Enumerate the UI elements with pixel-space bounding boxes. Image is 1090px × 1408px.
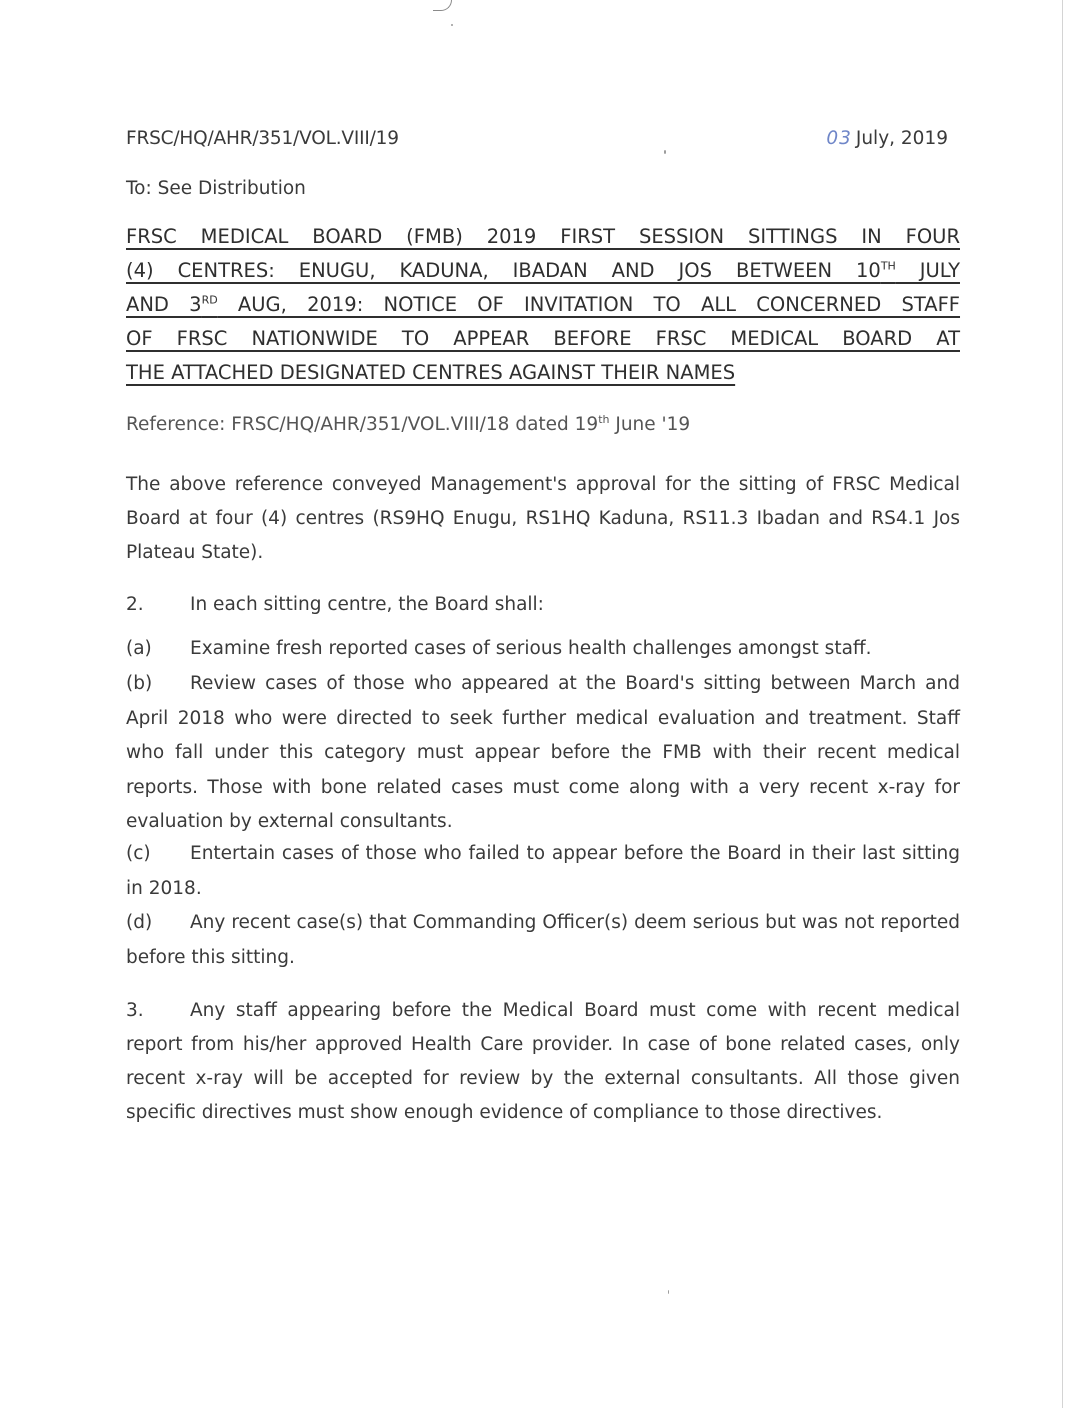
subject-line: THE ATTACHED DESIGNATED CENTRES AGAINST … [126, 356, 735, 390]
printed-date: July, 2019 [856, 128, 948, 149]
list-item: (b)Review cases of those who appeared at… [126, 667, 960, 840]
subject-line: (4) CENTRES: ENUGU, KADUNA, IBADAN AND J… [126, 254, 960, 288]
list-item: (c)Entertain cases of those who failed t… [126, 837, 960, 906]
paragraph-3: 3.Any staff appearing before the Medical… [126, 994, 960, 1130]
subject-line: AND 3RD AUG, 2019: NOTICE OF INVITATION … [126, 288, 960, 322]
paragraph-2: 2.In each sitting centre, the Board shal… [126, 588, 960, 622]
list-item: (a)Examine fresh reported cases of serio… [126, 632, 960, 667]
letter-date: 03July, 2019 [826, 128, 948, 149]
item-text: Any recent case(s) that Commanding Offic… [126, 912, 960, 968]
paragraph-number: 2. [126, 588, 190, 622]
item-text: Entertain cases of those who failed to a… [126, 843, 960, 899]
scan-speck [668, 1290, 669, 1294]
letter-reference-number: FRSC/HQ/AHR/351/VOL.VIII/19 [126, 128, 399, 149]
subject-heading: FRSC MEDICAL BOARD (FMB) 2019 FIRST SESS… [126, 220, 960, 390]
item-label: (b) [126, 667, 190, 702]
paragraph-number: 3. [126, 994, 190, 1028]
subject-line: OF FRSC NATIONWIDE TO APPEAR BEFORE FRSC… [126, 322, 960, 356]
pen-mark [433, 0, 452, 11]
subject-line: FRSC MEDICAL BOARD (FMB) 2019 FIRST SESS… [126, 220, 960, 254]
list-item: (d)Any recent case(s) that Commanding Of… [126, 906, 960, 975]
handwritten-day: 03 [826, 128, 852, 149]
item-label: (c) [126, 837, 190, 872]
item-text: Review cases of those who appeared at th… [126, 673, 960, 832]
paragraph-1: The above reference conveyed Management'… [126, 468, 960, 570]
scan-speck [451, 24, 453, 26]
item-label: (d) [126, 906, 190, 941]
item-label: (a) [126, 632, 190, 667]
scan-edge-line [1062, 0, 1063, 1408]
reference-line: Reference: FRSC/HQ/AHR/351/VOL.VIII/18 d… [126, 414, 690, 435]
recipient-line: To: See Distribution [126, 178, 306, 199]
scan-speck [664, 150, 666, 154]
item-text: Examine fresh reported cases of serious … [190, 638, 872, 659]
